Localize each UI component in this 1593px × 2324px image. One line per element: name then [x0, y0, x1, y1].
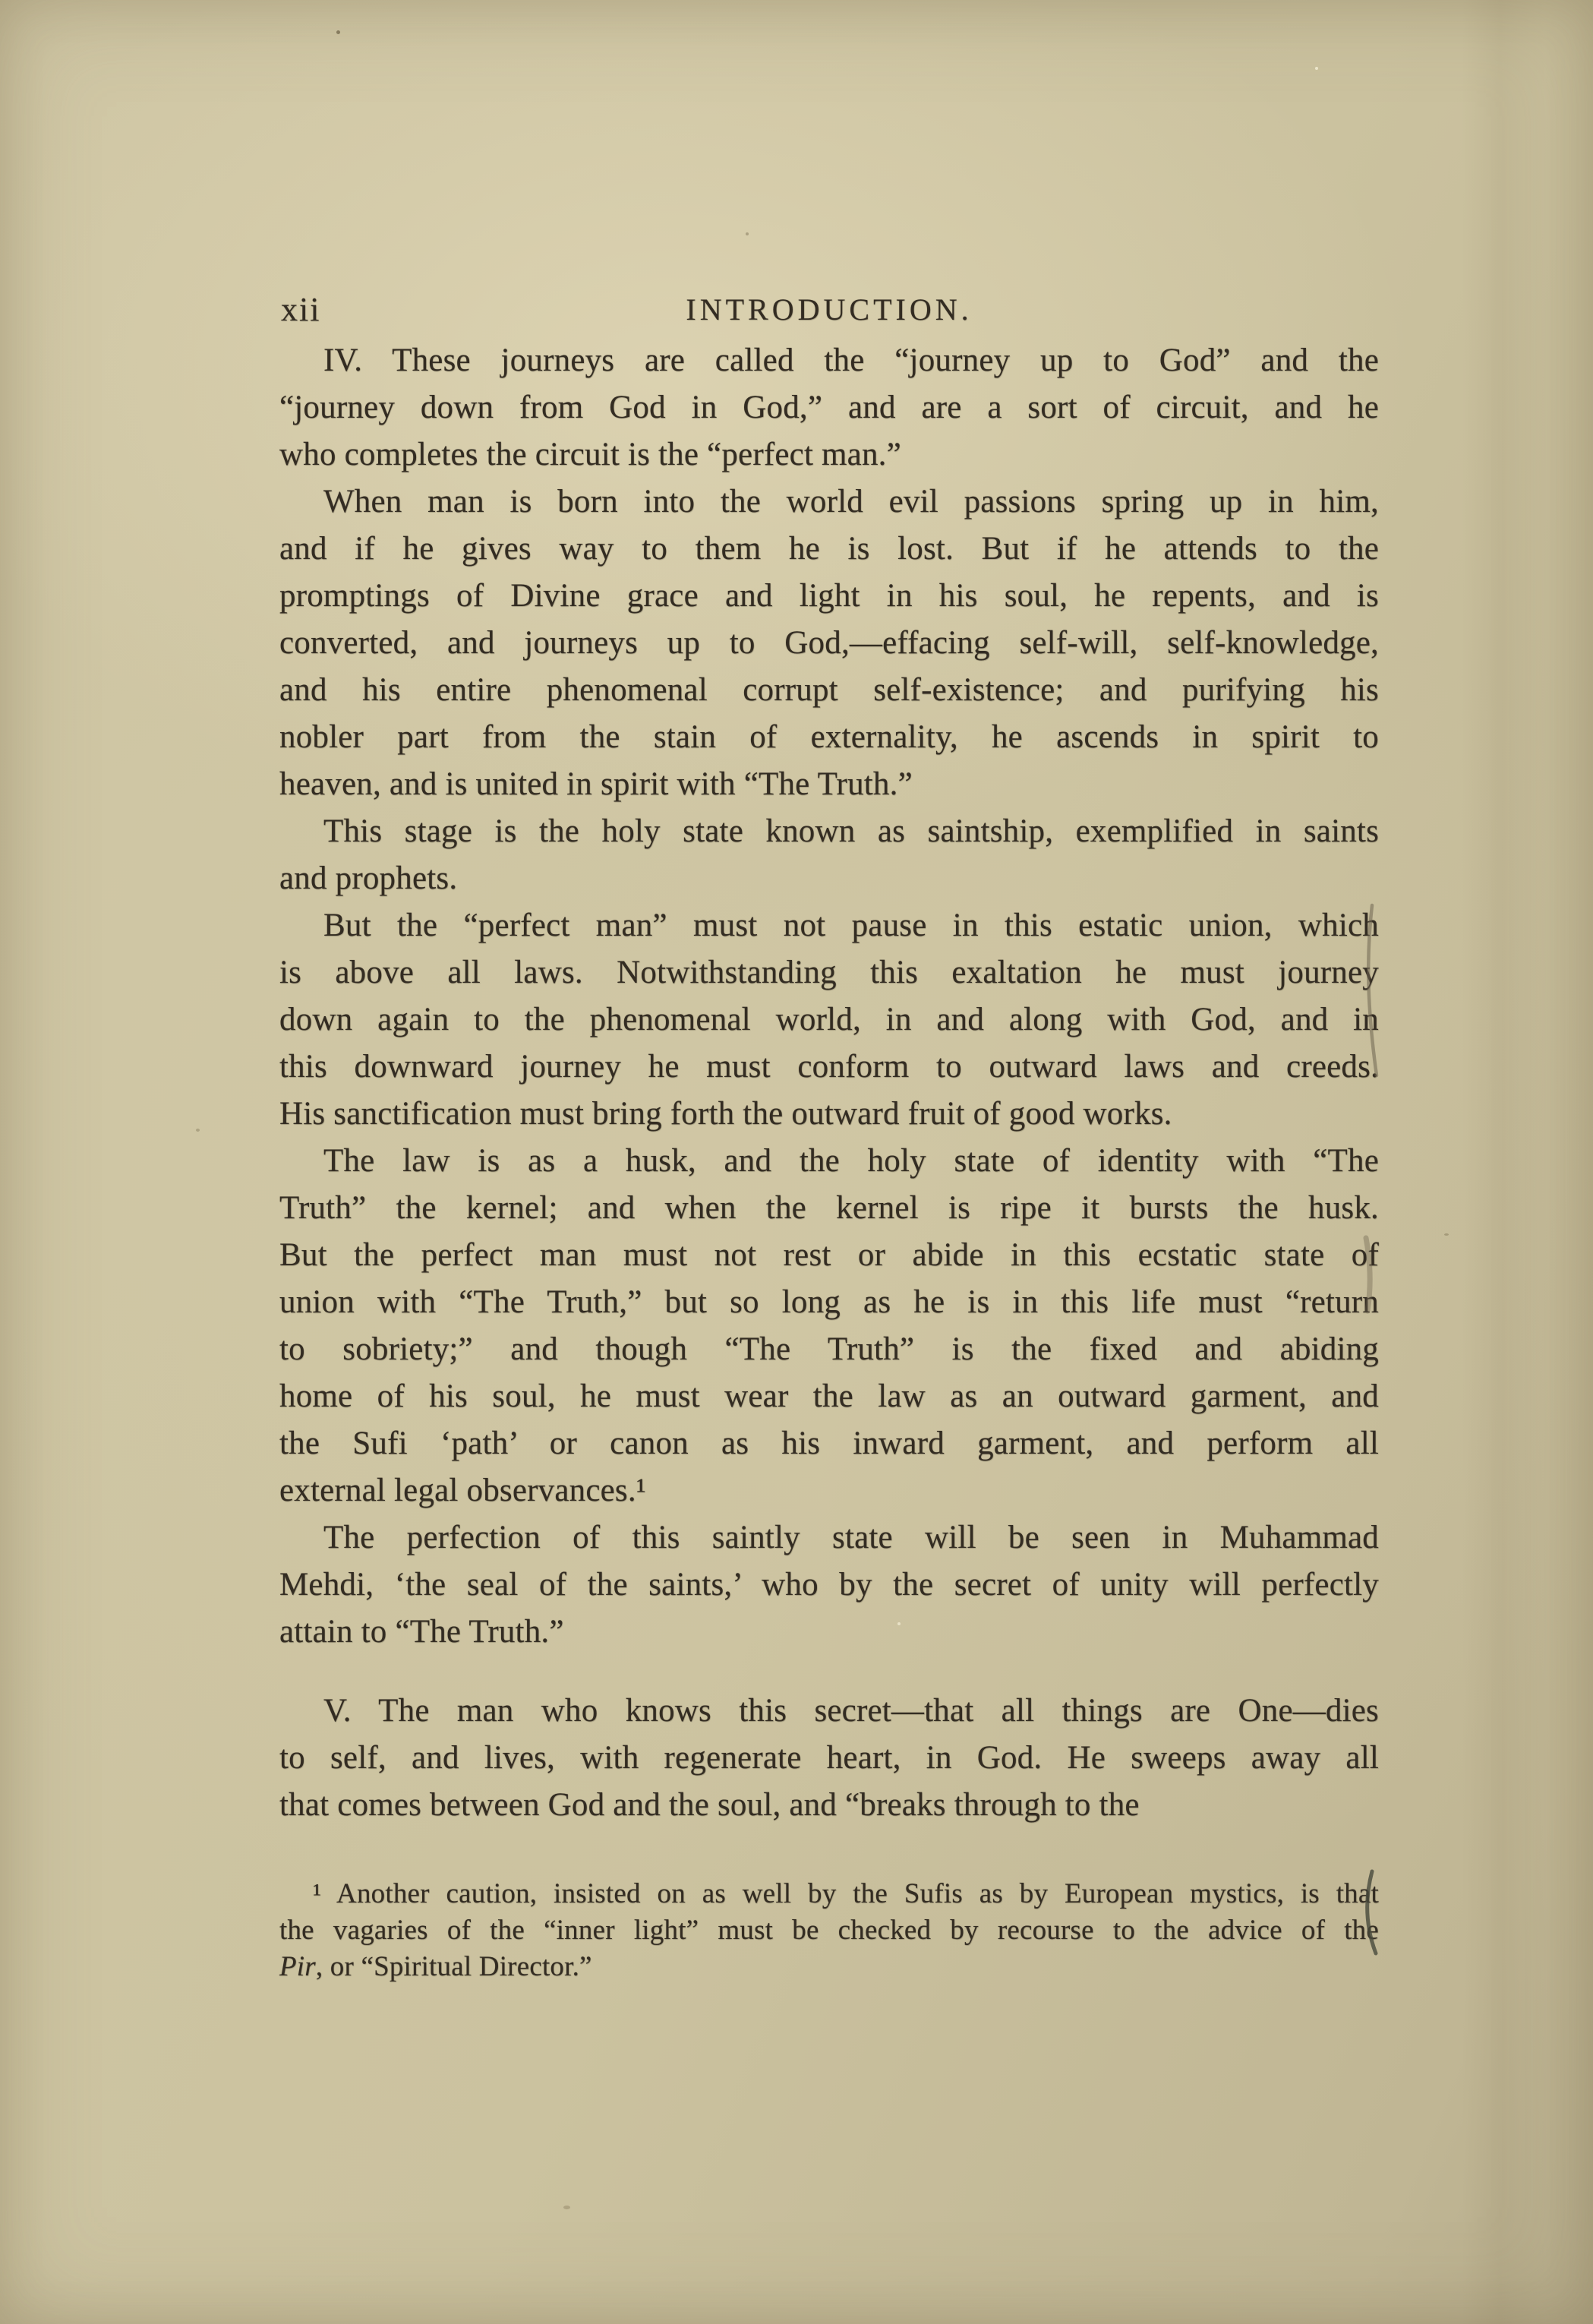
paragraph-perfection: The perfection of this saintly state wil… [279, 1514, 1379, 1656]
paper-speck [1444, 1233, 1449, 1236]
text-line: and if he gives way to them he is lost. … [279, 526, 1379, 573]
text-line: to self, and lives, with regenerate hear… [279, 1735, 1379, 1782]
text-line: down again to the phenomenal world, in a… [279, 996, 1379, 1044]
footnote-text: ¹ Another caution, insisted on as well b… [313, 1878, 1379, 1909]
footnote-text: , or “Spiritual Director.” [316, 1951, 592, 1982]
footnote-italic-term: Pir [279, 1951, 316, 1982]
paper-speck [897, 1622, 901, 1625]
text-line: His sanctification must bring forth the … [279, 1091, 1379, 1138]
text-line: The perfection of this saintly state wil… [279, 1514, 1379, 1561]
text-line: and his entire phenomenal corrupt self-e… [279, 667, 1379, 714]
paper-speck [1315, 67, 1318, 70]
paper-speck [336, 30, 340, 34]
footnote-line: Pir, or “Spiritual Director.” [279, 1949, 1379, 1985]
text-line: But the perfect man must not rest or abi… [279, 1232, 1379, 1279]
text-line: that comes between God and the soul, and… [279, 1782, 1379, 1829]
paragraph-when-man: When man is born into the world evil pas… [279, 478, 1379, 808]
text-line: “journey down from God in God,” and are … [279, 384, 1379, 431]
body-text: IV. These journeys are called the “journ… [279, 337, 1379, 1829]
footnote-text: the vagaries of the “inner light” must b… [279, 1915, 1379, 1946]
paragraph-v: V. The man who knows this secret—that al… [279, 1688, 1379, 1829]
text-line: The law is as a husk, and the holy state… [279, 1138, 1379, 1185]
text-line: IV. These journeys are called the “journ… [279, 337, 1379, 384]
text-line: converted, and journeys up to God,—effac… [279, 620, 1379, 667]
text-line: heaven, and is united in spirit with “Th… [279, 761, 1379, 808]
text-line: When man is born into the world evil pas… [279, 478, 1379, 526]
text-line: Mehdi, ‘the seal of the saints,’ who by … [279, 1561, 1379, 1609]
text-line: who completes the circuit is the “perfec… [279, 431, 1379, 478]
text-line: attain to “The Truth.” [279, 1609, 1379, 1656]
paragraph-this-stage: This stage is the holy state known as sa… [279, 808, 1379, 902]
footnote: ¹ Another caution, insisted on as well b… [279, 1876, 1379, 1985]
page-crease-shading [1462, 0, 1545, 2324]
text-line: nobler part from the stain of externalit… [279, 714, 1379, 761]
text-line: V. The man who knows this secret—that al… [279, 1688, 1379, 1735]
text-line: union with “The Truth,” but so long as h… [279, 1279, 1379, 1326]
text-line: external legal observances.¹ [279, 1467, 1379, 1514]
paper-speck [196, 1129, 200, 1132]
paper-speck [466, 917, 469, 921]
text-line: Truth” the kernel; and when the kernel i… [279, 1185, 1379, 1232]
running-header: xii INTRODUCTION. [279, 290, 1379, 330]
text-line: and prophets. [279, 855, 1379, 902]
paragraph-iv: IV. These journeys are called the “journ… [279, 337, 1379, 478]
text-line: this downward journey he must conform to… [279, 1044, 1379, 1091]
footnote-line: the vagaries of the “inner light” must b… [279, 1912, 1379, 1949]
text-line: is above all laws. Notwithstanding this … [279, 949, 1379, 996]
text-line: home of his soul, he must wear the law a… [279, 1373, 1379, 1420]
book-page-scan: xii INTRODUCTION. IV. These journeys are… [0, 0, 1593, 2324]
paragraph-law-husk: The law is as a husk, and the holy state… [279, 1138, 1379, 1514]
text-line: the Sufi ‘path’ or canon as his inward g… [279, 1420, 1379, 1467]
paper-speck [563, 2206, 570, 2209]
text-line: promptings of Divine grace and light in … [279, 573, 1379, 620]
text-line: to sobriety;” and though “The Truth” is … [279, 1326, 1379, 1373]
text-line: But the “perfect man” must not pause in … [279, 902, 1379, 949]
text-line: This stage is the holy state known as sa… [279, 808, 1379, 855]
paragraph-perfect-man: But the “perfect man” must not pause in … [279, 902, 1379, 1138]
running-title: INTRODUCTION. [279, 290, 1379, 330]
footnote-line: ¹ Another caution, insisted on as well b… [279, 1876, 1379, 1912]
paper-speck [746, 232, 749, 235]
